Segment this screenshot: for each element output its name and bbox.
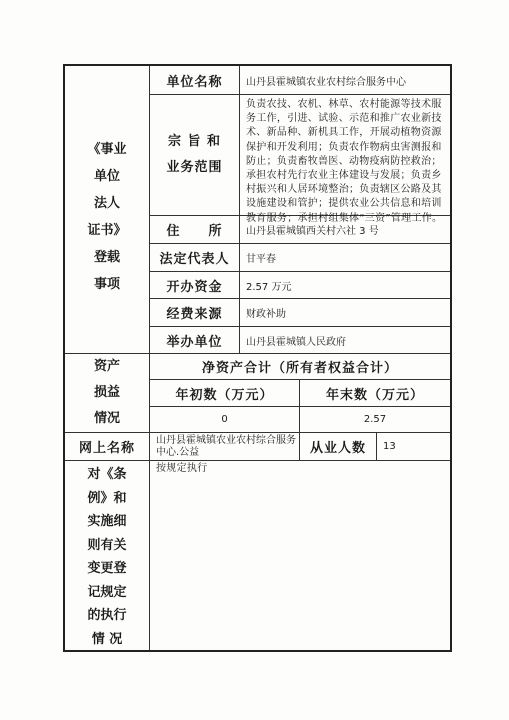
funding-source-label: 经费来源 xyxy=(150,299,240,327)
capital-label: 开办资金 xyxy=(150,272,240,299)
compliance-value: 按规定执行 xyxy=(150,461,450,650)
registration-table: 《事业 单位 法人 证书》 登载 事项 单位名称 山丹县霍城镇农业农村综合服务中… xyxy=(63,64,452,652)
sponsor-label: 举办单位 xyxy=(150,327,240,354)
assets-section-label: 资产 损益 情况 xyxy=(65,354,150,433)
purpose-scope-value: 负责农技、农机、林草、农村能源等技术服务工作，引进、试验、示范和推广农业新技术、… xyxy=(240,95,450,216)
online-name-label: 网上名称 xyxy=(65,433,150,461)
purpose-scope-label: 宗 旨 和 业务范围 xyxy=(150,95,240,216)
unit-name-value: 山丹县霍城镇农业农村综合服务中心 xyxy=(240,66,450,95)
year-end-header: 年末数（万元） xyxy=(300,380,450,407)
year-start-header: 年初数（万元） xyxy=(150,380,300,407)
compliance-section-label: 对《条 例》和 实施细 则有关 变更登 记规定 的执行 情 况 xyxy=(65,461,150,650)
year-end-value: 2.57 xyxy=(300,407,450,433)
legal-rep-value: 甘平春 xyxy=(240,244,450,272)
address-label: 住 所 xyxy=(150,216,240,244)
year-start-value: 0 xyxy=(150,407,300,433)
address-value: 山丹县霍城镇西关村六社 3 号 xyxy=(240,216,450,244)
online-name-value: 山丹县霍城镇农业农村综合服务中心.公益 xyxy=(150,433,300,461)
legal-rep-label: 法定代表人 xyxy=(150,244,240,272)
net-assets-header: 净资产合计（所有者权益合计） xyxy=(150,354,450,380)
staff-count-value: 13 xyxy=(377,433,450,461)
sponsor-value: 山丹县霍城镇人民政府 xyxy=(240,327,450,354)
registration-section-label: 《事业 单位 法人 证书》 登载 事项 xyxy=(65,66,150,354)
staff-count-label: 从业人数 xyxy=(300,433,377,461)
capital-value: 2.57 万元 xyxy=(240,272,450,299)
unit-name-label: 单位名称 xyxy=(150,66,240,95)
funding-source-value: 财政补助 xyxy=(240,299,450,327)
